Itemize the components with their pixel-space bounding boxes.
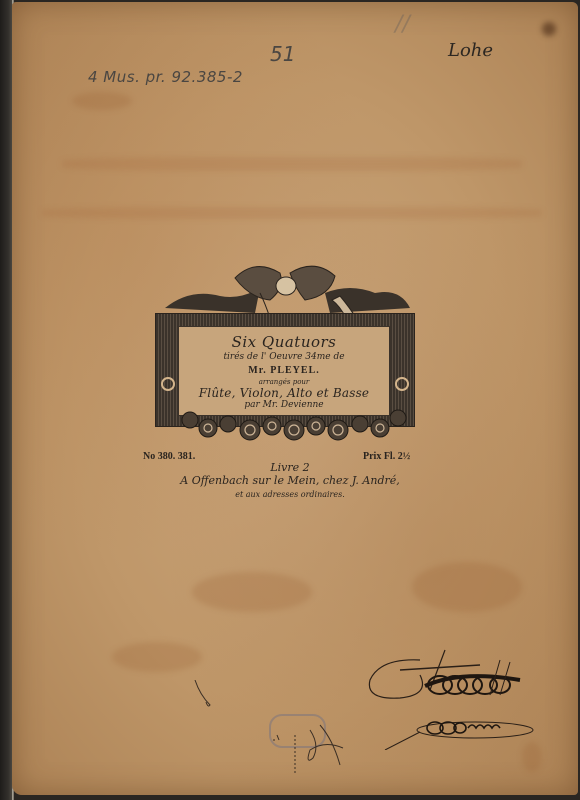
frame-ring-ornament — [161, 377, 175, 391]
composer-name: Mr. PLEYEL. — [179, 365, 389, 376]
ribbon-bow-ornament — [160, 258, 415, 318]
page-number: 51 — [270, 42, 295, 66]
library-stamp-and-initials — [265, 710, 355, 780]
cartouche-text-panel: Six Quatuors tirés de l' Oeuvre 34me de … — [178, 326, 390, 416]
stain — [42, 207, 542, 219]
title-cartouche: Six Quatuors tirés de l' Oeuvre 34me de … — [150, 258, 420, 468]
frame-ring-ornament — [395, 377, 409, 391]
archive-shelfmark: 4 Mus. pr. 92.385-2 — [88, 68, 243, 86]
stain — [112, 642, 202, 672]
stain — [412, 562, 522, 612]
stain — [192, 572, 312, 612]
volume-number: Livre 2 — [0, 461, 580, 474]
ink-spot — [542, 22, 556, 36]
stain — [72, 92, 132, 110]
flower-garland-ornament — [170, 406, 410, 444]
stain — [62, 157, 522, 171]
work-title: Six Quatuors — [179, 333, 389, 351]
publisher-addresses: et aux adresses ordinaires. — [0, 490, 580, 499]
handwritten-flourish-signature — [360, 640, 540, 750]
arranged-for-label: arrangés pour — [179, 378, 389, 386]
owner-signature: Lohe — [448, 40, 493, 61]
pencil-mark: // — [395, 12, 410, 37]
work-subtitle: tirés de l' Oeuvre 34me de — [179, 352, 389, 362]
publisher-imprint: A Offenbach sur le Mein, chez J. André, — [0, 474, 580, 487]
pen-stroke — [180, 680, 220, 720]
instrumentation: Flûte, Violon, Alto et Basse — [179, 386, 389, 400]
